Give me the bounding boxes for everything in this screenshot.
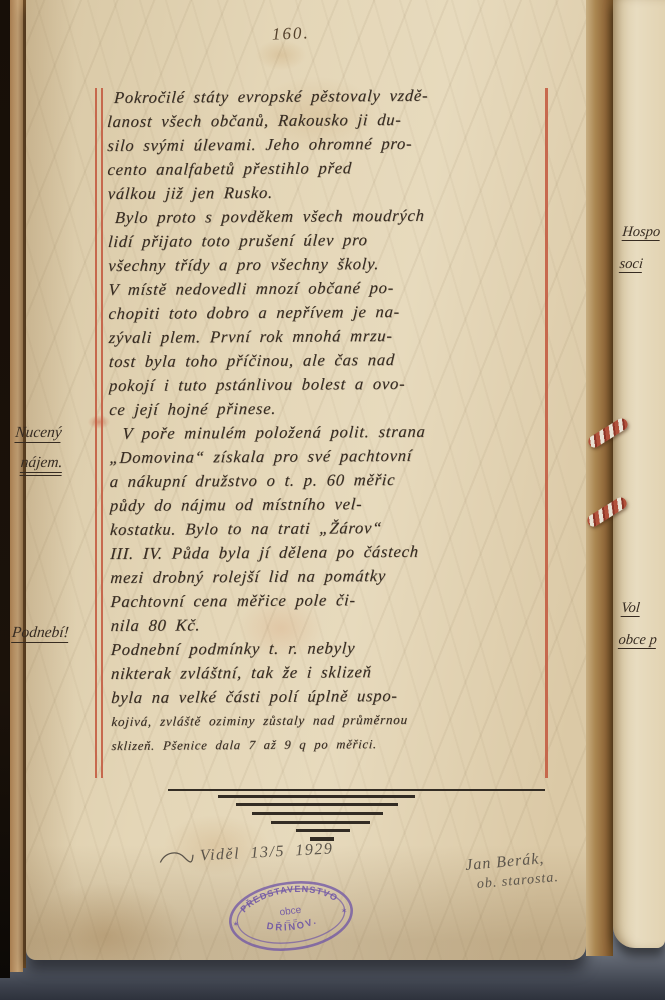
margin-note-climate: Podnebí! [11,624,69,642]
handwriting-line: tost byla toho příčinou, ale čas nad [108,347,547,374]
handwriting-line: ce její hojné přinese. [109,395,549,422]
right-page-margin-note: Vol obce p [617,592,661,656]
margin-note-line: obce p [618,632,658,649]
handwriting-line: lidí přijato toto prušení úlev pro [107,227,547,254]
stamp-star-right-icon: ✶ [340,906,348,916]
handwritten-text-block: Pokročilé státy evropské pěstovaly vzdě-… [107,83,550,758]
margin-note-line: Nucený [14,424,62,443]
handwriting-line: zývali plem. První rok mnohá mrzu- [108,323,547,350]
handwriting-line: Pokročilé státy evropské pěstovaly vzdě- [106,83,546,110]
margin-note-line: soci [619,256,644,273]
handwriting-line: všechny třídy a pro všechny školy. [108,251,548,278]
handwriting-line: válkou již jen Rusko. [107,179,546,206]
handwriting-line: V poře minulém položená polit. strana [109,419,548,446]
divider-flourish-line [236,803,398,806]
handwriting-line: a nákupní družstvo o t. p. 60 měřic [109,467,548,494]
margin-note-line: Podnebí! [11,624,69,643]
handwriting-line: sklizeň. Pšenice dala 7 až 9 q po měřici… [111,731,551,758]
stamp-star-left-icon: ✶ [232,919,240,929]
handwriting-line: byla na velké části polí úplně uspo- [111,683,550,710]
red-margin-rule-left [101,88,103,778]
handwriting-line: silo svými úlevami. Jeho ohromné pro- [107,131,546,158]
handwriting-line: chopiti toto dobro a nepřívem je na- [108,299,547,326]
handwriting-line: cento analfabetů přestihlo před [107,155,546,182]
handwriting-line: Podnební podmínky t. r. nebyly [110,635,549,662]
handwriting-line: mezi drobný rolejší lid na pomátky [110,563,550,590]
handwriting-line: kostatku. Bylo to na trati „Žárov“ [109,515,548,542]
divider-flourish-line [271,821,370,824]
divider-flourish-line [296,829,350,832]
book-binding-edge [0,0,10,978]
handwriting-line: nikterak zvláštní, tak že i sklizeň [110,659,549,686]
handwriting-line: lanost všech občanů, Rakousko ji du- [106,107,545,134]
right-page-margin-note: Hospo soci [618,216,661,280]
margin-note-line: Hospo [622,224,661,241]
margin-note-line: Vol [621,600,641,617]
right-page-sliver [613,0,665,948]
photo-of-chronicle-page: 160. Pokročilé státy evropské pěstovaly … [0,0,665,1000]
handwriting-line: Bylo proto s povděkem všech moudrých [107,203,547,230]
signature: Jan Berák, ob. starosta. [464,848,559,896]
red-margin-rule-left [95,88,97,778]
handwriting-line: půdy do nájmu od místního vel- [109,491,548,518]
page-block-edge [10,0,23,972]
handwriting-line: Pachtovní cena měřice pole či- [110,587,549,614]
margin-note-forced-lease: Nucený nájem. [11,418,66,478]
pen-flourish-icon [158,848,195,868]
handwriting-line: kojivá, zvláště oziminy zůstaly nad prům… [111,707,551,734]
divider-flourish-line [218,795,415,798]
page-number: 160. [272,23,310,44]
divider-flourish-line [168,789,545,791]
divider-flourish-line [252,812,383,815]
handwriting-line: nila 80 Kč. [110,611,549,638]
handwriting-line: pokojí i tuto pstánlivou bolest a ovo- [108,371,548,398]
handwriting-line: „Domovina“ získala pro své pachtovní [109,443,548,470]
handwriting-line: V místě nedovedli mnozí občané po- [108,275,547,302]
stamp-dashes: = = [285,916,298,926]
handwriting-line: III. IV. Půda byla jí dělena po částech [110,539,550,566]
book-gutter [586,0,613,956]
margin-note-line: nájem. [20,454,64,476]
